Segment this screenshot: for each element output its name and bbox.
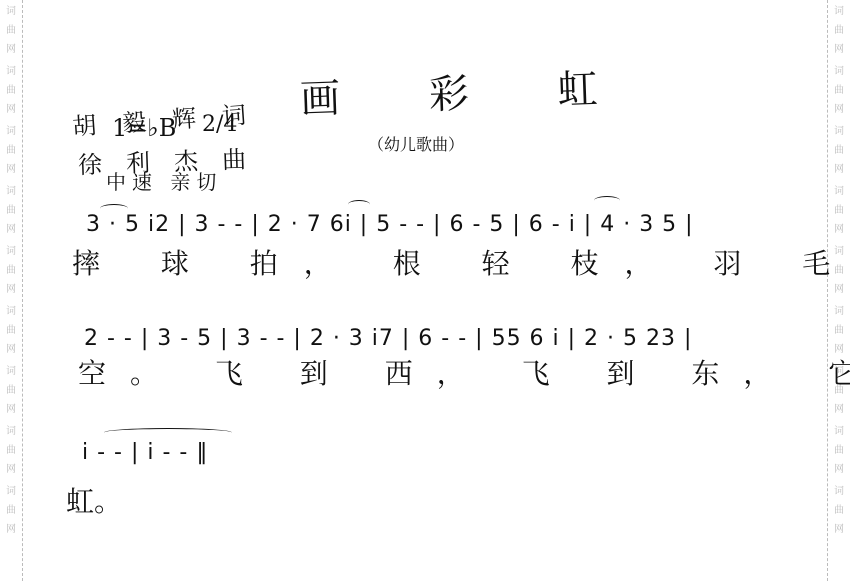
right-watermark-margin: 词曲网词曲网词曲网词曲网词曲网词曲网词曲网词曲网词曲网 [827,0,850,581]
watermark-text: 词曲网 [831,182,847,239]
composer-credit: 徐利杰曲 [77,139,270,181]
notation-line-1: 3 · 5 i2 | 3 - - | 2 · 7 6i | 5 - - | 6 … [86,212,694,237]
watermark-text: 词曲网 [3,362,19,419]
watermark-text: 词曲网 [3,2,19,59]
slur-mark [104,428,232,437]
watermark-text: 词曲网 [831,62,847,119]
watermark-text: 词曲网 [3,242,19,299]
watermark-text: 词曲网 [831,422,847,479]
left-watermark-margin: 词曲网词曲网词曲网词曲网词曲网词曲网词曲网词曲网词曲网 [0,0,23,581]
watermark-text: 词曲网 [831,2,847,59]
watermark-text: 词曲网 [831,482,847,539]
lyricist-credit: 胡毅辉词 [71,93,273,142]
lyrics-line-2: 空。 飞 到 西， 飞 到 东， 它 呀 它 在 画 彩 [78,352,850,392]
watermark-text: 词曲网 [3,302,19,359]
slur-mark [594,196,620,205]
slur-mark [348,200,370,209]
watermark-text: 词曲网 [3,62,19,119]
song-subtitle: （幼儿歌曲） [368,132,464,155]
notation-line-2: 2 - - | 3 - 5 | 3 - - | 2 · 3 i7 | 6 - -… [84,326,692,351]
watermark-text: 词曲网 [3,182,19,239]
lyrics-line-1: 摔 球 拍， 根 轻 枝， 羽 毛 球。 飞 天 [72,242,850,282]
watermark-text: 词曲网 [3,482,19,539]
lyrics-line-3: 虹。 [66,480,122,520]
watermark-text: 词曲网 [3,422,19,479]
song-title: 画 彩 虹 [299,56,636,125]
notation-line-3: i - - | i - - ‖ [82,440,208,465]
slur-mark [100,204,128,213]
watermark-text: 词曲网 [831,122,847,179]
watermark-text: 词曲网 [3,122,19,179]
watermark-text: 词曲网 [831,302,847,359]
